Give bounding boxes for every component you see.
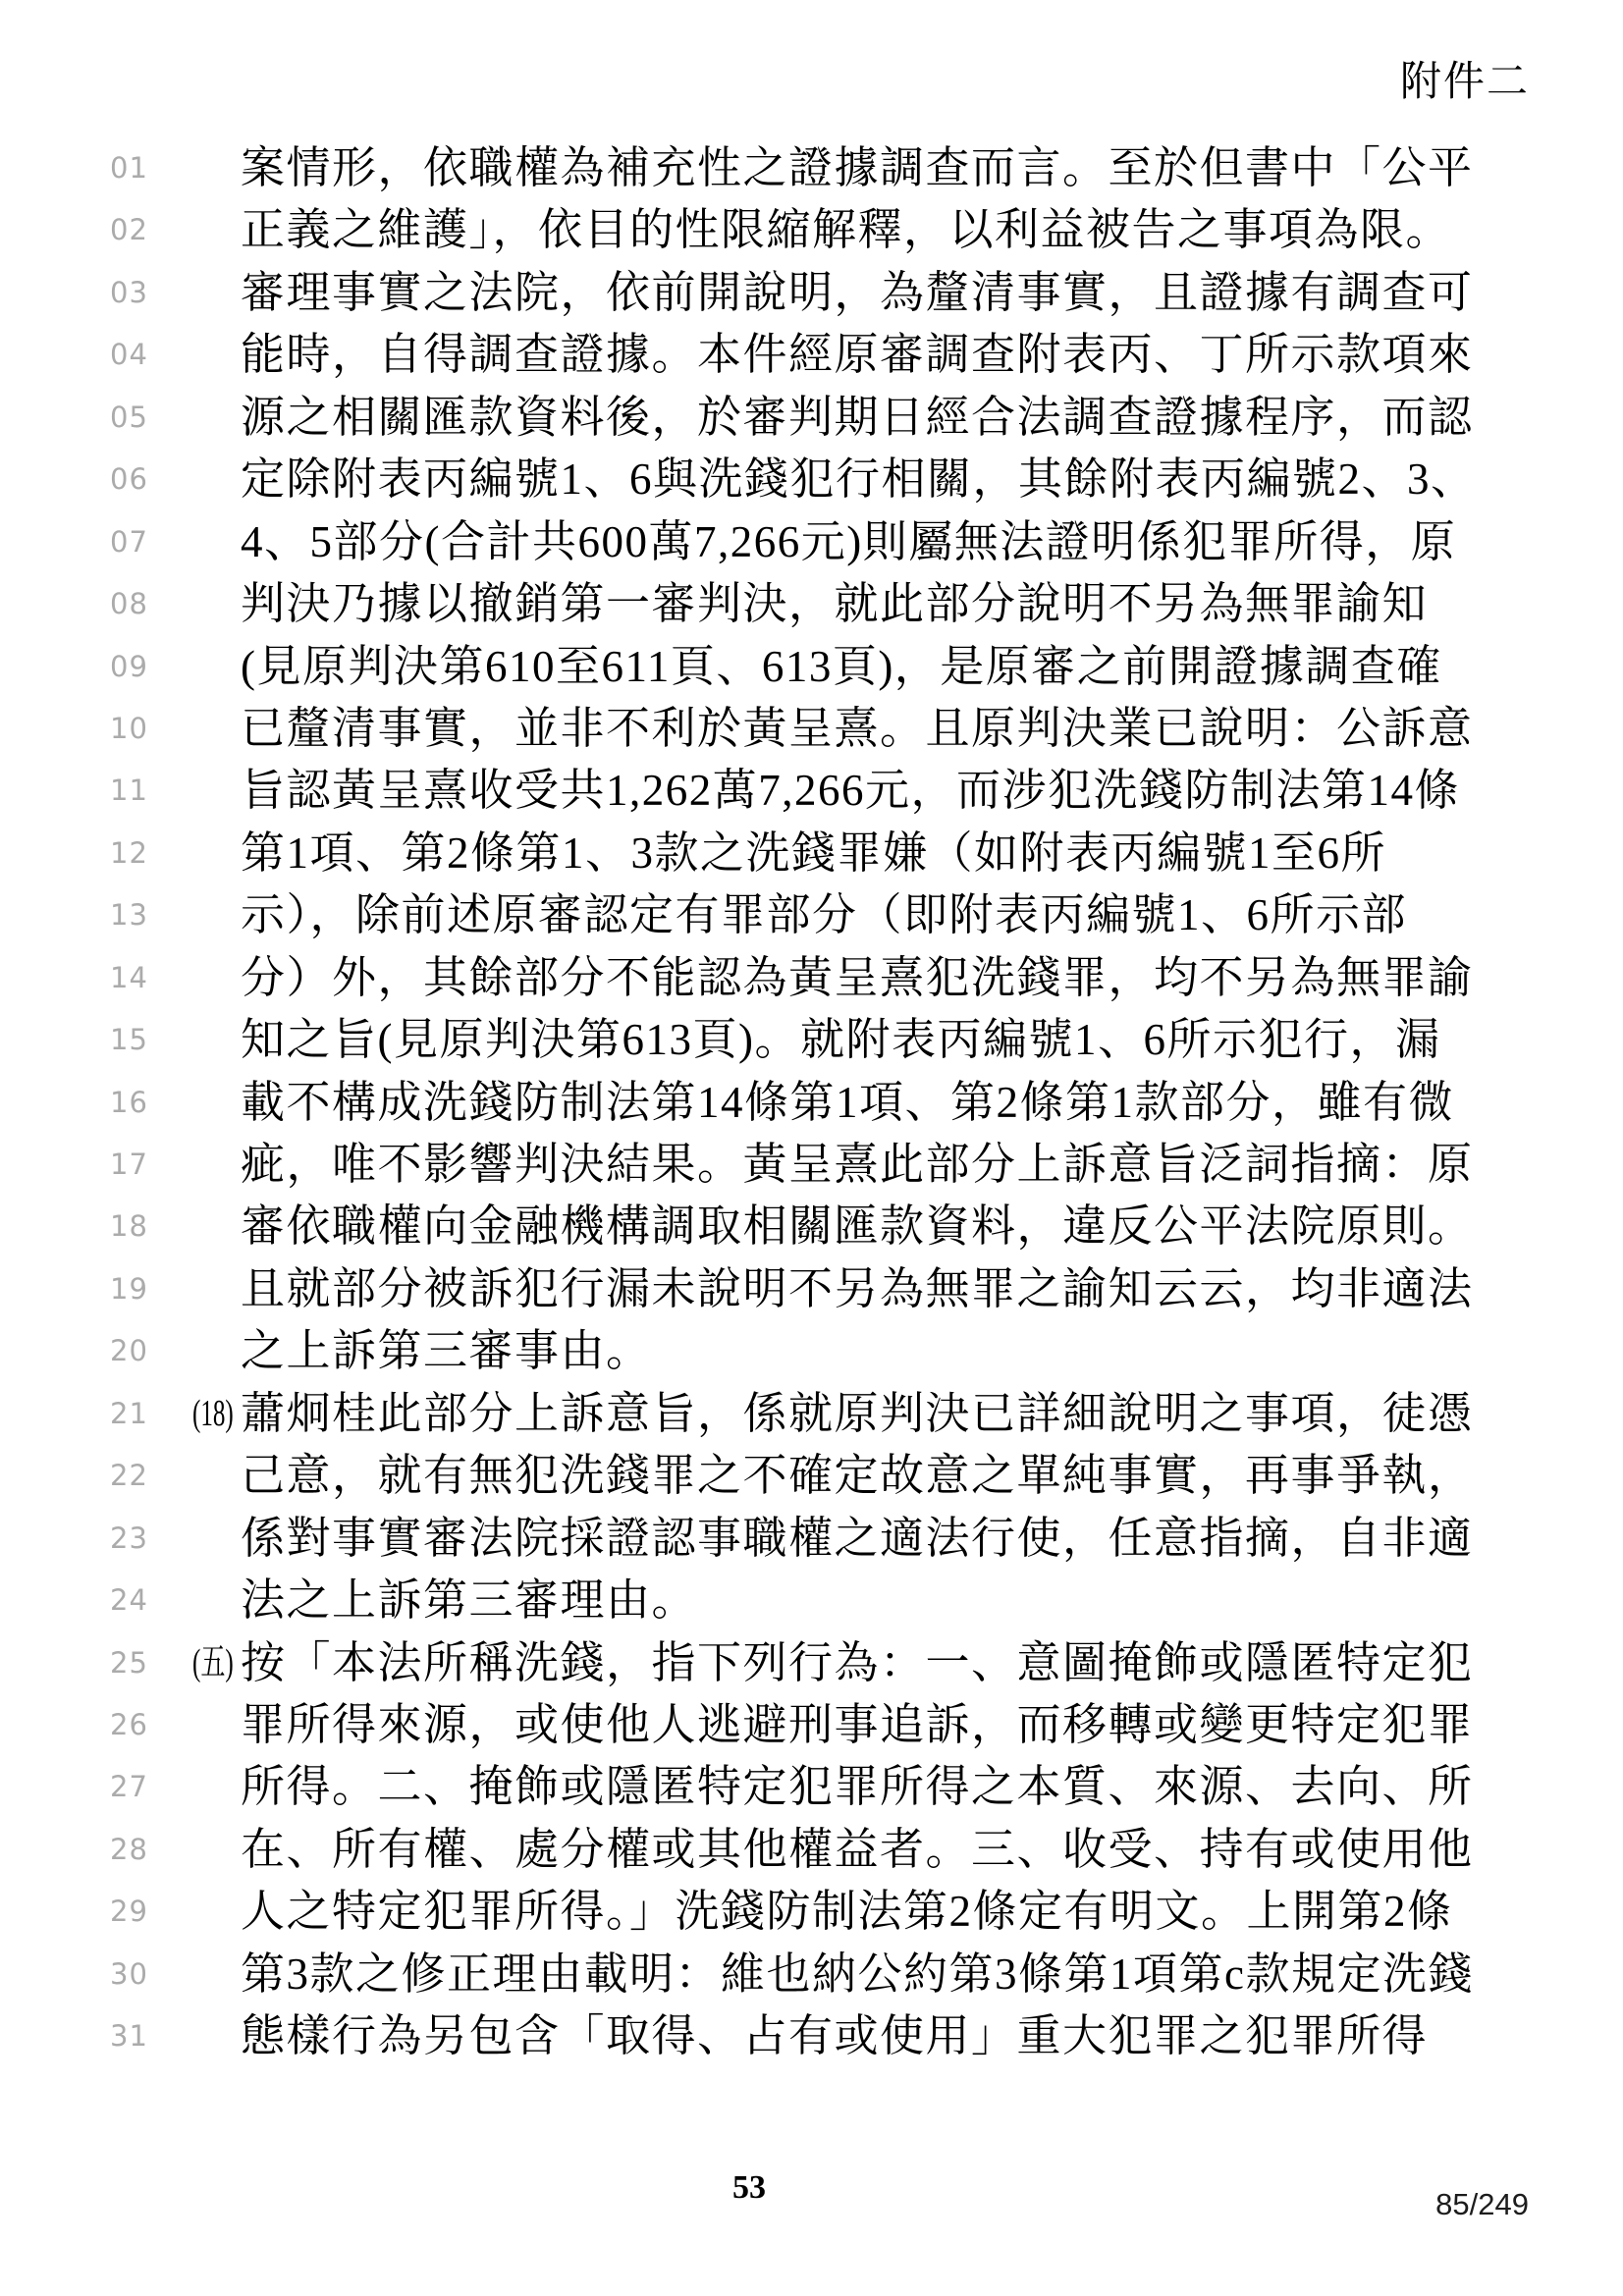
line-number: 10: [110, 698, 153, 760]
line-number: 08: [110, 573, 153, 635]
document-line: 14 分）外，其餘部分不能認為黃呈熹犯洗錢罪，均不另為無罪諭: [0, 947, 1623, 1009]
item-marker-text: (五): [192, 1632, 234, 1694]
line-number: 21: [110, 1383, 153, 1445]
document-line: 03 審理事實之法院，依前開說明，為釐清事實，且證據有調查可: [0, 262, 1623, 324]
item-marker: [192, 199, 241, 261]
line-text: 第1項、第2條第1、3款之洗錢罪嫌（如附表丙編號1至6所: [241, 823, 1478, 884]
item-marker: [192, 1196, 241, 1257]
line-number: 13: [110, 884, 153, 946]
item-marker: [192, 387, 241, 449]
item-marker: [192, 1881, 241, 1943]
line-text: 知之旨(見原判決第613頁)。就附表丙編號1、6所示犯行，漏: [241, 1009, 1478, 1071]
line-text: 4、5部分(合計共600萬7,266元)則屬無法證明係犯罪所得，原: [241, 511, 1478, 573]
item-marker: [192, 1445, 241, 1507]
item-marker: [192, 698, 241, 760]
item-marker: [192, 947, 241, 1009]
line-text: 之上訴第三審事由。: [241, 1320, 1478, 1382]
item-marker: [192, 884, 241, 946]
document-line: 26 罪所得來源，或使他人逃避刑事追訴，而移轉或變更特定犯罪: [0, 1694, 1623, 1756]
document-line: 02 正義之維護」，依目的性限縮解釋，以利益被告之事項為限。: [0, 199, 1623, 261]
document-line: 06 定除附表丙編號1、6與洗錢犯行相關，其餘附表丙編號2、3、: [0, 449, 1623, 510]
line-number: 18: [110, 1196, 153, 1257]
attachment-label: 附件二: [1400, 49, 1530, 108]
document-line: 08 判決乃據以撤銷第一審判決，就此部分說明不另為無罪諭知: [0, 573, 1623, 635]
item-marker: [192, 511, 241, 573]
line-text: 已釐清事實，並非不利於黃呈熹。且原判決業已說明：公訴意: [241, 698, 1478, 760]
line-number: 06: [110, 449, 153, 510]
line-text: 案情形，依職權為補充性之證據調查而言。至於但書中「公平: [241, 137, 1478, 199]
line-number: 25: [110, 1632, 153, 1694]
item-marker: [192, 1819, 241, 1881]
document-line: 13 示），除前述原審認定有罪部分（即附表丙編號1、6所示部: [0, 884, 1623, 946]
document-line: 22 己意，就有無犯洗錢罪之不確定故意之單純事實，再事爭執，: [0, 1445, 1623, 1507]
item-marker: [192, 1134, 241, 1196]
document-line: 27 所得。二、掩飾或隱匿特定犯罪所得之本質、來源、去向、所: [0, 1756, 1623, 1818]
line-text: 罪所得來源，或使他人逃避刑事追訴，而移轉或變更特定犯罪: [241, 1694, 1478, 1756]
line-text: 己意，就有無犯洗錢罪之不確定故意之單純事實，再事爭執，: [241, 1445, 1478, 1507]
line-number: 20: [110, 1320, 153, 1382]
document-line: 01 案情形，依職權為補充性之證據調查而言。至於但書中「公平: [0, 137, 1623, 199]
line-number: 02: [110, 199, 153, 261]
text-body: 01 案情形，依職權為補充性之證據調查而言。至於但書中「公平 02 正義之維護」…: [0, 137, 1623, 2068]
item-marker: [192, 573, 241, 635]
item-marker: [192, 1320, 241, 1382]
document-line: 17 疵，唯不影響判決結果。黃呈熹此部分上訴意旨泛詞指摘：原: [0, 1134, 1623, 1196]
item-marker: [192, 1072, 241, 1134]
item-marker: [192, 636, 241, 698]
line-text: 定除附表丙編號1、6與洗錢犯行相關，其餘附表丙編號2、3、: [241, 449, 1478, 510]
document-line: 19 且就部分被訴犯行漏未說明不另為無罪之諭知云云，均非適法: [0, 1258, 1623, 1320]
line-text: (見原判決第610至611頁、613頁)，是原審之前開證據調查確: [241, 636, 1478, 698]
line-text: 在、所有權、處分權或其他權益者。三、收受、持有或使用他: [241, 1819, 1478, 1881]
line-number: 01: [110, 137, 153, 199]
item-marker: [192, 760, 241, 822]
line-text: 按「本法所稱洗錢，指下列行為：一、意圖掩飾或隱匿特定犯: [241, 1632, 1478, 1694]
document-line: 29 人之特定犯罪所得。」洗錢防制法第2條定有明文。上開第2條: [0, 1881, 1623, 1943]
document-line: 11 旨認黃呈熹收受共1,262萬7,266元，而涉犯洗錢防制法第14條: [0, 760, 1623, 822]
item-marker: [192, 1258, 241, 1320]
line-number: 30: [110, 1944, 153, 2005]
line-text: 所得。二、掩飾或隱匿特定犯罪所得之本質、來源、去向、所: [241, 1756, 1478, 1818]
document-line: 21 (18) 蕭炯桂此部分上訴意旨，係就原判決已詳細說明之事項，徒憑: [0, 1383, 1623, 1445]
item-marker: [192, 137, 241, 199]
document-line: 30 第3款之修正理由載明：維也納公約第3條第1項第c款規定洗錢: [0, 1944, 1623, 2005]
item-marker: [192, 1570, 241, 1631]
line-text: 載不構成洗錢防制法第14條第1項、第2條第1款部分，雖有微: [241, 1072, 1478, 1134]
line-number: 22: [110, 1445, 153, 1507]
line-text: 審理事實之法院，依前開說明，為釐清事實，且證據有調查可: [241, 262, 1478, 324]
line-text: 能時，自得調查證據。本件經原審調查附表丙、丁所示款項來: [241, 324, 1478, 386]
document-line: 20 之上訴第三審事由。: [0, 1320, 1623, 1382]
item-marker: [192, 823, 241, 884]
line-number: 31: [110, 2005, 153, 2067]
line-text: 疵，唯不影響判決結果。黃呈熹此部分上訴意旨泛詞指摘：原: [241, 1134, 1478, 1196]
line-text: 第3款之修正理由載明：維也納公約第3條第1項第c款規定洗錢: [241, 1944, 1478, 2005]
document-line: 23 係對事實審法院採證認事職權之適法行使，任意指摘，自非適: [0, 1508, 1623, 1570]
line-number: 11: [110, 760, 153, 822]
line-number: 03: [110, 262, 153, 324]
item-marker: [192, 2005, 241, 2067]
item-marker: [192, 449, 241, 510]
document-line: 25 (五) 按「本法所稱洗錢，指下列行為：一、意圖掩飾或隱匿特定犯: [0, 1632, 1623, 1694]
sheet-indicator: 85/249: [1435, 2187, 1529, 2222]
line-text: 態樣行為另包含「取得、占有或使用」重大犯罪之犯罪所得: [241, 2005, 1478, 2067]
line-text: 法之上訴第三審理由。: [241, 1570, 1478, 1631]
document-line: 07 4、5部分(合計共600萬7,266元)則屬無法證明係犯罪所得，原: [0, 511, 1623, 573]
line-text: 人之特定犯罪所得。」洗錢防制法第2條定有明文。上開第2條: [241, 1881, 1478, 1943]
line-number: 28: [110, 1819, 153, 1881]
document-line: 24 法之上訴第三審理由。: [0, 1570, 1623, 1631]
item-marker: [192, 1694, 241, 1756]
line-number: 09: [110, 636, 153, 698]
document-line: 16 載不構成洗錢防制法第14條第1項、第2條第1款部分，雖有微: [0, 1072, 1623, 1134]
line-number: 04: [110, 324, 153, 386]
item-marker: [192, 1009, 241, 1071]
line-number: 12: [110, 823, 153, 884]
document-line: 28 在、所有權、處分權或其他權益者。三、收受、持有或使用他: [0, 1819, 1623, 1881]
document-line: 05 源之相關匯款資料後，於審判期日經合法調查證據程序，而認: [0, 387, 1623, 449]
line-text: 且就部分被訴犯行漏未說明不另為無罪之諭知云云，均非適法: [241, 1258, 1478, 1320]
line-text: 正義之維護」，依目的性限縮解釋，以利益被告之事項為限。: [241, 199, 1478, 261]
line-text: 審依職權向金融機構調取相關匯款資料，違反公平法院原則。: [241, 1196, 1478, 1257]
document-line: 09 (見原判決第610至611頁、613頁)，是原審之前開證據調查確: [0, 636, 1623, 698]
item-marker: [192, 1944, 241, 2005]
line-number: 05: [110, 387, 153, 449]
line-number: 23: [110, 1508, 153, 1570]
line-text: 分）外，其餘部分不能認為黃呈熹犯洗錢罪，均不另為無罪諭: [241, 947, 1478, 1009]
line-number: 14: [110, 947, 153, 1009]
item-marker: [192, 262, 241, 324]
document-line: 10 已釐清事實，並非不利於黃呈熹。且原判決業已說明：公訴意: [0, 698, 1623, 760]
document-page: 附件二 01 案情形，依職權為補充性之證據調查而言。至於但書中「公平 02 正義…: [0, 0, 1623, 2296]
document-line: 12 第1項、第2條第1、3款之洗錢罪嫌（如附表丙編號1至6所: [0, 823, 1623, 884]
line-number: 27: [110, 1756, 153, 1818]
line-text: 判決乃據以撤銷第一審判決，就此部分說明不另為無罪諭知: [241, 573, 1478, 635]
line-number: 15: [110, 1009, 153, 1071]
line-text: 源之相關匯款資料後，於審判期日經合法調查證據程序，而認: [241, 387, 1478, 449]
line-text: 旨認黃呈熹收受共1,262萬7,266元，而涉犯洗錢防制法第14條: [241, 760, 1478, 822]
item-marker: (18): [192, 1383, 241, 1445]
line-text: 示），除前述原審認定有罪部分（即附表丙編號1、6所示部: [241, 884, 1478, 946]
line-number: 19: [110, 1258, 153, 1320]
line-number: 16: [110, 1072, 153, 1134]
item-marker-text: (18): [192, 1383, 234, 1445]
line-number: 07: [110, 511, 153, 573]
document-line: 31 態樣行為另包含「取得、占有或使用」重大犯罪之犯罪所得: [0, 2005, 1623, 2067]
document-line: 04 能時，自得調查證據。本件經原審調查附表丙、丁所示款項來: [0, 324, 1623, 386]
item-marker: [192, 1508, 241, 1570]
page-number: 53: [732, 2169, 766, 2207]
item-marker: (五): [192, 1632, 241, 1694]
document-line: 18 審依職權向金融機構調取相關匯款資料，違反公平法院原則。: [0, 1196, 1623, 1257]
line-text: 蕭炯桂此部分上訴意旨，係就原判決已詳細說明之事項，徒憑: [241, 1383, 1478, 1445]
line-number: 26: [110, 1694, 153, 1756]
item-marker: [192, 324, 241, 386]
line-number: 24: [110, 1570, 153, 1631]
item-marker: [192, 1756, 241, 1818]
line-number: 29: [110, 1881, 153, 1943]
line-text: 係對事實審法院採證認事職權之適法行使，任意指摘，自非適: [241, 1508, 1478, 1570]
line-number: 17: [110, 1134, 153, 1196]
document-line: 15 知之旨(見原判決第613頁)。就附表丙編號1、6所示犯行，漏: [0, 1009, 1623, 1071]
